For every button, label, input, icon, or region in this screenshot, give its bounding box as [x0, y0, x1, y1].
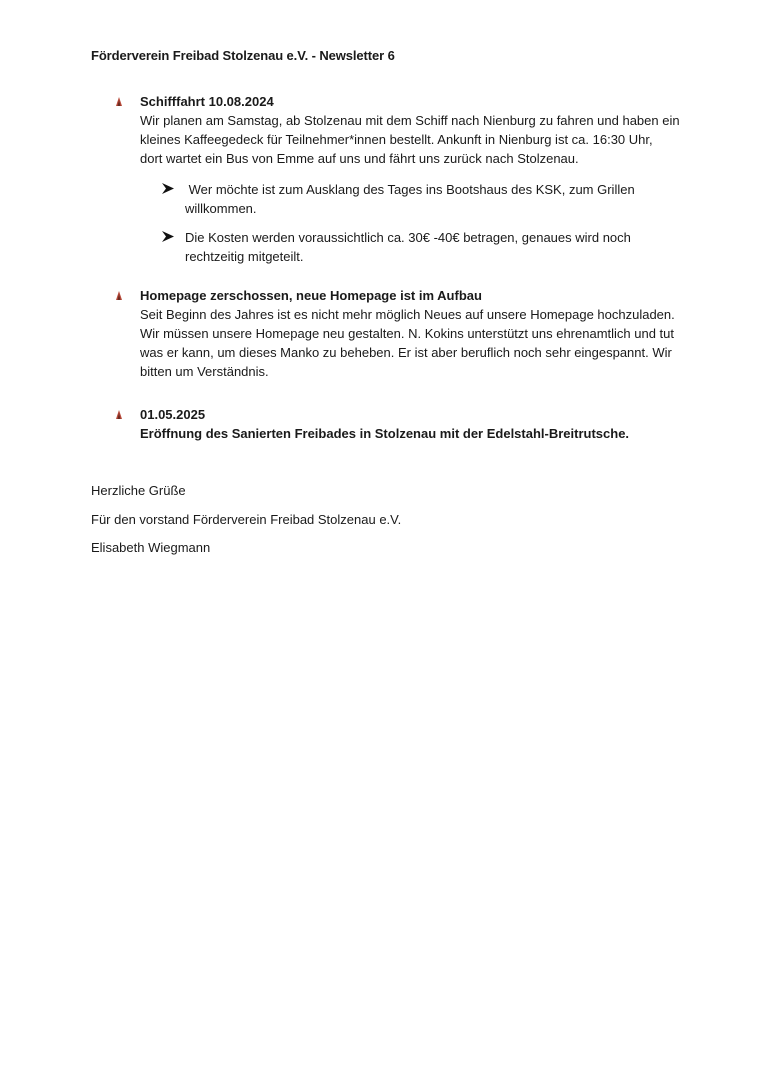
section-paragraph: Seit Beginn des Jahres ist es nicht mehr…	[140, 305, 696, 381]
section-opening: 01.05.2025 Eröffnung des Sanierten Freib…	[116, 405, 696, 443]
text-line: Die Kosten werden voraussichtlich ca. 30…	[185, 228, 685, 247]
section-heading: Homepage zerschossen, neue Homepage ist …	[140, 286, 696, 305]
sub-list-item: Die Kosten werden voraussichtlich ca. 30…	[162, 228, 685, 266]
text-line: was er kann, um dieses Manko zu beheben.…	[140, 343, 696, 362]
closing-on-behalf: Für den vorstand Förderverein Freibad St…	[91, 510, 401, 529]
small-red-bullet-icon	[116, 97, 122, 106]
section-heading: 01.05.2025	[140, 405, 696, 424]
section-homepage: Homepage zerschossen, neue Homepage ist …	[116, 286, 696, 381]
document-page: Förderverein Freibad Stolzenau e.V. - Ne…	[0, 0, 768, 1085]
small-red-bullet-icon	[116, 410, 122, 419]
text-line: bitten um Verständnis.	[140, 362, 696, 381]
arrow-bullet-icon	[162, 231, 174, 242]
text-line: rechtzeitig mitgeteilt.	[185, 247, 685, 266]
opening-announcement: Eröffnung des Sanierten Freibades in Sto…	[140, 424, 696, 443]
closing-name: Elisabeth Wiegmann	[91, 538, 210, 557]
text-line: Wer möchte ist zum Ausklang des Tages in…	[185, 180, 685, 199]
text-line: kleines Kaffeegedeck für Teilnehmer*inne…	[140, 130, 696, 149]
sub-list: Wer möchte ist zum Ausklang des Tages in…	[162, 180, 696, 266]
text-line: dort wartet ein Bus von Emme auf uns und…	[140, 149, 696, 168]
section-heading: Schifffahrt 10.08.2024	[140, 92, 696, 111]
text-line: Seit Beginn des Jahres ist es nicht mehr…	[140, 305, 696, 324]
arrow-bullet-icon	[162, 183, 174, 194]
small-red-bullet-icon	[116, 291, 122, 300]
newsletter-title: Förderverein Freibad Stolzenau e.V. - Ne…	[91, 46, 395, 65]
section-schifffahrt: Schifffahrt 10.08.2024 Wir planen am Sam…	[116, 92, 696, 276]
sub-list-item: Wer möchte ist zum Ausklang des Tages in…	[162, 180, 685, 218]
text-line: willkommen.	[185, 199, 685, 218]
text-line: Wir müssen unsere Homepage neu gestalten…	[140, 324, 696, 343]
text-line: Wir planen am Samstag, ab Stolzenau mit …	[140, 111, 696, 130]
closing-greeting: Herzliche Grüße	[91, 481, 186, 500]
section-paragraph: Wir planen am Samstag, ab Stolzenau mit …	[140, 111, 696, 168]
